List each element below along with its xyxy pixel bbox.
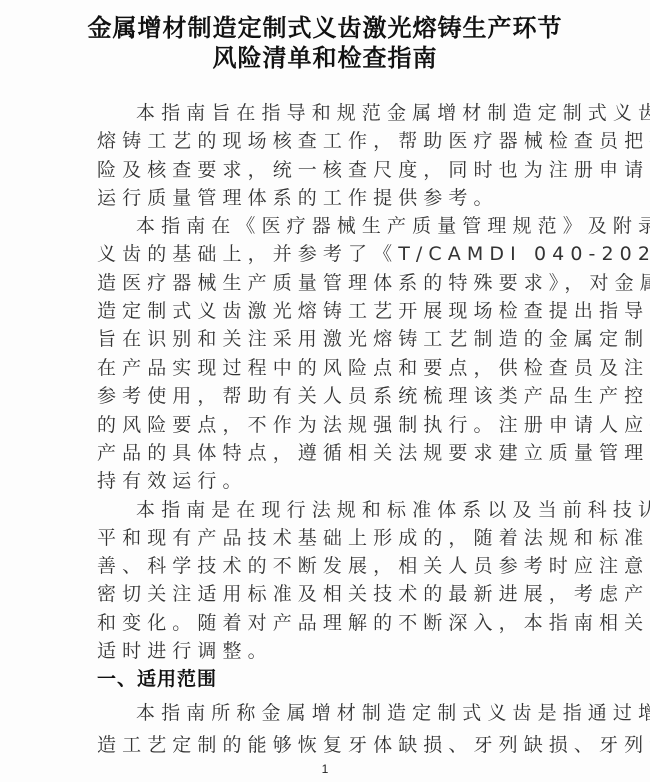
text-line: 和变化。随着对产品理解的不断深入，本指南相关内容也将: [97, 609, 567, 637]
text-line: 平和现有产品技术基础上形成的，随着法规和标准的不断完: [97, 524, 567, 552]
text-line: 义齿的基础上，并参考了《T/CAMDI 040-2020 金属增材制: [97, 240, 567, 268]
text-line: 本指南所称金属增材制造定制式义齿是指通过增材制: [136, 699, 606, 727]
document-title-line-2: 风险清单和检查指南: [0, 43, 650, 73]
text-line: 本指南旨在指导和规范金属增材制造定制式义齿激光: [136, 99, 606, 127]
text-line: 险及核查要求，统一核查尺度，同时也为注册申请人建立及: [97, 156, 567, 184]
text-line: 善、科学技术的不断发展，相关人员参考时应注意其适宜性，: [97, 552, 567, 580]
document-page: 金属增材制造定制式义齿激光熔铸生产环节 风险清单和检查指南 本指南旨在指导和规范…: [0, 0, 650, 782]
text-line: 本指南在《医疗器械生产质量管理规范》及附录定制式: [136, 212, 606, 240]
text-line: 旨在识别和关注采用激光熔铸工艺制造的金属定制式义齿: [97, 325, 567, 353]
text-line: 持有效运行。: [97, 467, 567, 495]
text-line: 造工艺定制的能够恢复牙体缺损、牙列缺损、牙列缺失的形: [97, 731, 567, 759]
text-line: 的风险要点，不作为法规强制执行。注册申请人应依据申报: [97, 411, 567, 439]
text-line: 本指南是在现行法规和标准体系以及当前科技认知水: [136, 496, 606, 524]
text-line: 在产品实现过程中的风险点和要点，供检查员及注册申请人: [97, 354, 567, 382]
text-line: 参考使用，帮助有关人员系统梳理该类产品生产控制过程中: [97, 382, 567, 410]
text-line: 密切关注适用标准及相关技术的最新进展，考虑产品的更新: [97, 580, 567, 608]
text-line: 运行质量管理体系的工作提供参考。: [97, 184, 567, 212]
section-heading-scope: 一、适用范围: [97, 665, 217, 693]
page-number: 1: [0, 762, 650, 776]
document-title-line-1: 金属增材制造定制式义齿激光熔铸生产环节: [0, 13, 650, 43]
text-line: 适时进行调整。: [97, 637, 567, 665]
text-line: 造医疗器械生产质量管理体系的特殊要求》，对金属增材制: [97, 269, 567, 297]
text-line: 熔铸工艺的现场核查工作，帮助医疗器械检查员把握产品风: [97, 127, 567, 155]
text-line: 造定制式义齿激光熔铸工艺开展现场检查提出指导性要求，: [97, 297, 567, 325]
text-line: 产品的具体特点，遵循相关法规要求建立质量管理体系并保: [97, 439, 567, 467]
